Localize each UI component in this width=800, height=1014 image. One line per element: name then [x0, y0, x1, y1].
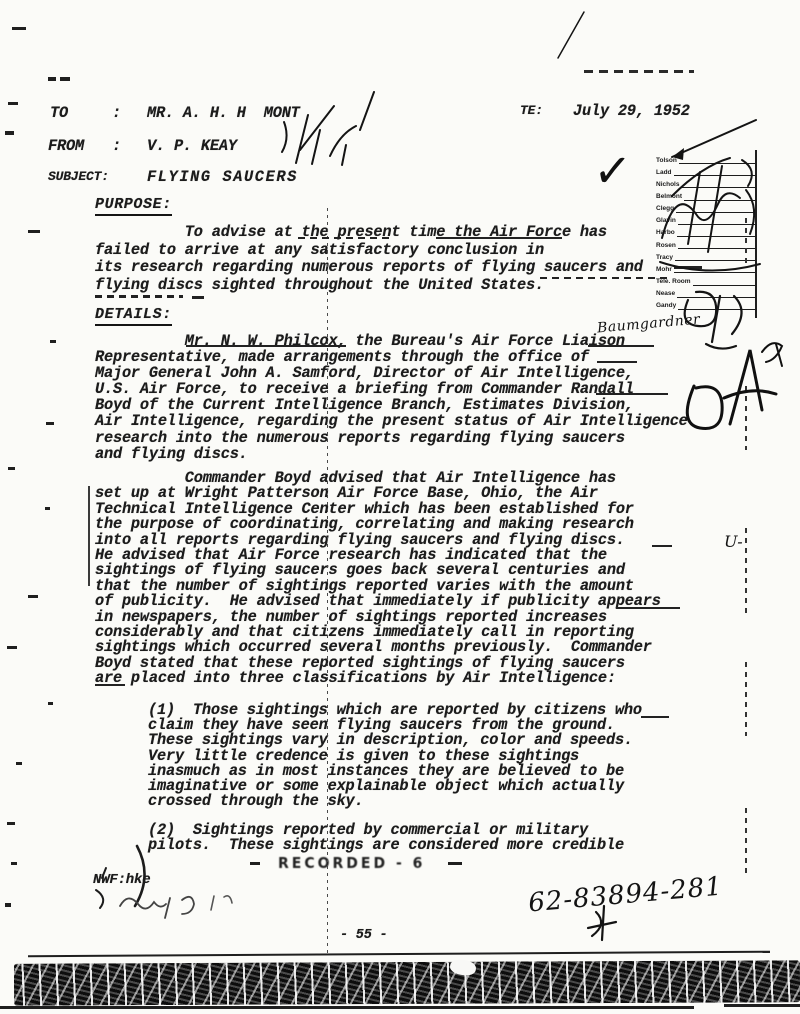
toner-speck [46, 422, 54, 425]
scanned-fbi-memo-page: { "document": { "header": { "to_label": … [0, 0, 800, 1014]
routing-name: Nichols [656, 182, 679, 189]
pen-underline [298, 237, 394, 239]
scan-line-below-strip [0, 1006, 694, 1009]
typist-initials: NWF:hke [93, 872, 150, 888]
routing-row: Nease [656, 286, 756, 298]
toner-speck [12, 27, 26, 30]
routing-name: Harbo [656, 230, 675, 237]
routing-row: Ladd [656, 164, 756, 176]
pen-underline [186, 345, 346, 347]
margin-pencil-line [88, 486, 90, 586]
routing-row: Belmont [656, 188, 756, 200]
scan-artifact-edge-line [745, 662, 747, 736]
purpose-paragraph: To advise at the present time the Air Fo… [95, 224, 643, 294]
routing-row: Nichols [656, 176, 756, 188]
routing-row: Gandy [656, 298, 756, 310]
toner-speck [50, 340, 56, 343]
to-separator: : [112, 104, 121, 122]
scanner-noise-strip [14, 960, 800, 1005]
classification-item-1: (1) Those sightings which are reported b… [148, 703, 642, 809]
from-label: FROM [48, 137, 84, 155]
toner-speck [45, 507, 50, 510]
routing-blank-line [674, 167, 756, 176]
classification-item-2: (2) Sightings reported by commercial or … [148, 823, 624, 853]
recorded-stamp: RECORDED - 6 [278, 856, 425, 873]
routing-blank-line [679, 155, 756, 164]
to-label: TO [50, 104, 68, 122]
routing-name: Gandy [656, 303, 676, 310]
routing-stamp: Tolson Ladd Nichols Belmont Clegg Glavin… [656, 152, 756, 310]
routing-blank-line [675, 252, 756, 261]
pen-dash [674, 266, 702, 269]
routing-name: Tele. Room [656, 279, 691, 286]
pen-dash-row [95, 295, 183, 298]
routing-name: Ladd [656, 170, 672, 177]
from-separator: : [112, 137, 121, 155]
toner-speck [11, 862, 17, 865]
pen-underline [436, 237, 562, 239]
routing-row: Clegg [656, 201, 756, 213]
toner-speck [8, 102, 18, 105]
toner-speck [48, 702, 53, 705]
toner-speck [16, 762, 22, 765]
scan-artifact-dashes [584, 70, 694, 73]
routing-blank-line [676, 204, 756, 213]
pen-underline [95, 684, 125, 686]
routing-name: Clegg [656, 206, 674, 213]
date-value: July 29, 1952 [573, 102, 690, 120]
scan-artifact-edge-line [745, 218, 747, 264]
routing-blank-line [693, 277, 756, 286]
routing-row: Harbo [656, 225, 756, 237]
toner-speck [28, 230, 40, 233]
routing-name: Tolson [656, 158, 677, 165]
subject-value: FLYING SAUCERS [147, 168, 298, 186]
pen-underline [540, 277, 672, 279]
purpose-heading: PURPOSE: [95, 196, 172, 216]
routing-name: Glavin [656, 218, 676, 225]
routing-blank-line [677, 289, 756, 298]
date-label: TE: [520, 103, 543, 118]
toner-speck [7, 646, 17, 649]
toner-speck [250, 862, 260, 865]
scan-artifact-edge-line [745, 528, 747, 616]
header-scrawl [282, 12, 584, 165]
pen-underline [597, 361, 637, 363]
routing-row: Glavin [656, 213, 756, 225]
toner-speck [8, 467, 15, 470]
scan-line-above-strip [28, 951, 770, 958]
toner-speck [28, 595, 38, 598]
pen-underline [616, 607, 680, 609]
routing-row: Rosen [656, 237, 756, 249]
routing-name: Nease [656, 291, 675, 298]
toner-speck [7, 822, 15, 825]
page-number: - 55 - [340, 928, 387, 943]
scan-line-below-strip [724, 1004, 800, 1007]
handwritten-margin-mark: U- [724, 532, 743, 551]
routing-row: Tracy [656, 249, 756, 261]
details-paragraph-1: Mr. N. W. Philcox, the Bureau's Air Forc… [95, 333, 688, 462]
vertical-fold-line [327, 208, 328, 955]
routing-blank-line [681, 180, 756, 189]
toner-speck [5, 903, 11, 907]
subject-label: SUBJECT: [48, 169, 109, 184]
routing-name: Belmont [656, 194, 682, 201]
handwritten-check-mark-icon: ✓ [592, 142, 634, 201]
routing-blank-line [684, 192, 756, 201]
details-paragraph-2: Commander Boyd advised that Air Intellig… [95, 471, 661, 687]
routing-name: Rosen [656, 243, 676, 250]
toner-speck [5, 131, 14, 135]
toner-speck [448, 862, 462, 865]
pen-underline [652, 545, 672, 547]
routing-row: Tolson [656, 152, 756, 164]
routing-name: Mohr [656, 267, 672, 274]
pen-dash [192, 296, 204, 299]
scan-artifact-edge-line [745, 808, 747, 874]
toner-speck [60, 77, 70, 81]
routing-name: Tracy [656, 255, 673, 262]
routing-row: Mohr [656, 261, 756, 273]
pen-underline [588, 345, 654, 347]
pen-underline [641, 716, 669, 718]
handwritten-file-number: 62-83894-281 [527, 872, 724, 919]
margin-initials-scrawl [687, 343, 782, 428]
from-value: V. P. KEAY [147, 137, 237, 155]
routing-row: Tele. Room [656, 273, 756, 285]
pen-underline [596, 393, 668, 395]
scan-artifact-edge-line [745, 386, 747, 450]
routing-stamp-edge-line [755, 150, 757, 318]
details-heading: DETAILS: [95, 306, 172, 326]
routing-blank-line [678, 301, 756, 310]
toner-speck [48, 77, 56, 81]
to-value: MR. A. H. H MONT [147, 104, 300, 122]
